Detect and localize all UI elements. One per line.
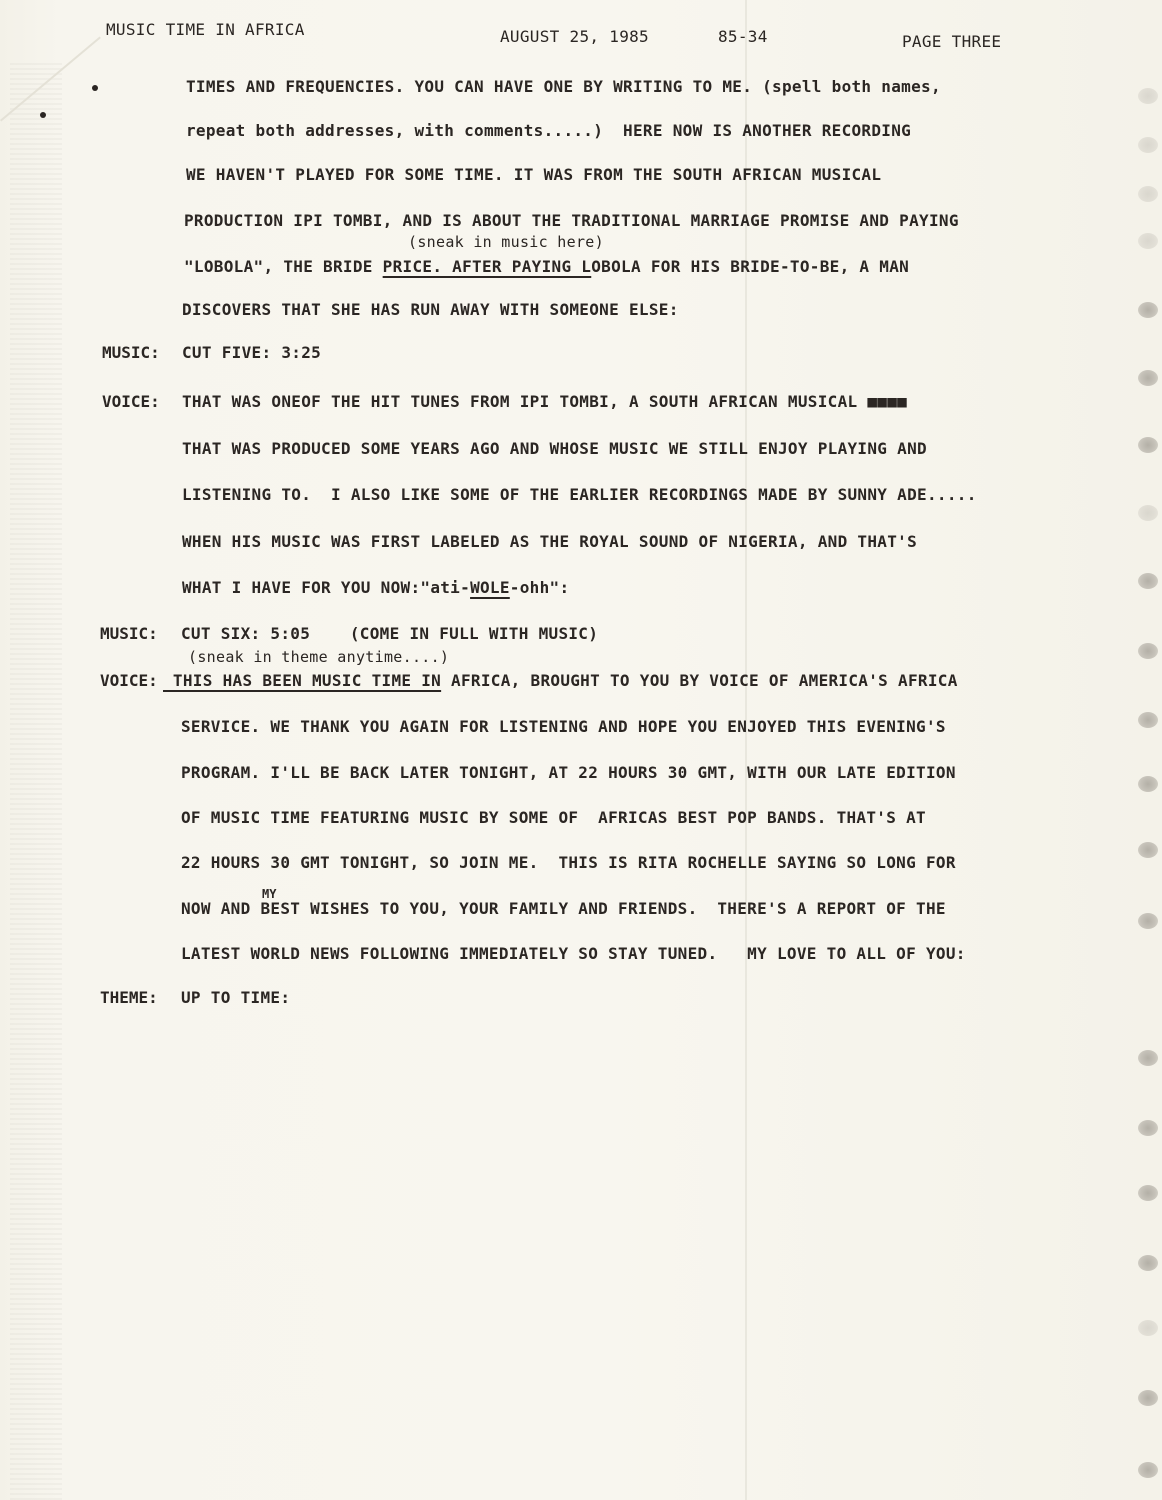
text-segment: -ohh":	[510, 578, 570, 597]
punch-hole	[1138, 1185, 1158, 1201]
body-line: WE HAVEN'T PLAYED FOR SOME TIME. IT WAS …	[186, 165, 881, 184]
voice-line: SERVICE. WE THANK YOU AGAIN FOR LISTENIN…	[181, 717, 946, 736]
voice-line: 22 HOURS 30 GMT TONIGHT, SO JOIN ME. THI…	[181, 853, 956, 872]
voice-line: WHEN HIS MUSIC WAS FIRST LABELED AS THE …	[182, 532, 917, 551]
underlined-segment: THIS HAS BEEN MUSIC TIME IN	[163, 671, 441, 690]
punch-hole	[1138, 1050, 1158, 1066]
ink-speck	[40, 112, 46, 118]
punch-hole	[1138, 1462, 1158, 1478]
voice-line: NOW AND BEST WISHES TO YOU, YOUR FAMILY …	[181, 899, 946, 918]
cue-label-voice: VOICE:	[102, 392, 160, 411]
punch-hole	[1138, 437, 1158, 453]
body-line-lobola: "LOBOLA", THE BRIDE PRICE. AFTER PAYING …	[184, 257, 909, 276]
text-segment: OBOLA FOR HIS BRIDE-TO-BE, A MAN	[591, 257, 909, 276]
header-program-title: MUSIC TIME IN AFRICA	[106, 20, 305, 39]
header-script-number: 85-34	[718, 27, 768, 46]
stage-cue: (sneak in theme anytime....)	[188, 648, 449, 666]
punch-hole	[1138, 137, 1158, 153]
body-line: PRODUCTION IPI TOMBI, AND IS ABOUT THE T…	[184, 211, 959, 230]
cue-label-music: MUSIC:	[100, 624, 158, 643]
punch-hole	[1138, 370, 1158, 386]
punch-hole	[1138, 186, 1158, 202]
punch-hole	[1138, 913, 1158, 929]
body-line: TIMES AND FREQUENCIES. YOU CAN HAVE ONE …	[186, 77, 941, 96]
punch-hole	[1138, 88, 1158, 104]
voice-line: OF MUSIC TIME FEATURING MUSIC BY SOME OF…	[181, 808, 926, 827]
body-line: DISCOVERS THAT SHE HAS RUN AWAY WITH SOM…	[182, 300, 679, 319]
punch-hole	[1138, 712, 1158, 728]
underlined-segment: PRICE. AFTER PAYING L	[383, 257, 592, 276]
voice-line-first: THIS HAS BEEN MUSIC TIME IN AFRICA, BROU…	[163, 671, 958, 690]
body-line: repeat both addresses, with comments....…	[186, 121, 911, 140]
voice-line: PROGRAM. I'LL BE BACK LATER TONIGHT, AT …	[181, 763, 956, 782]
text-segment: WHAT I HAVE FOR YOU NOW:"ati-	[182, 578, 470, 597]
voice-line: LISTENING TO. I ALSO LIKE SOME OF THE EA…	[182, 485, 977, 504]
cue-label-music: MUSIC:	[102, 343, 160, 362]
theme-cue-text: UP TO TIME:	[181, 988, 290, 1007]
ink-speck	[92, 85, 98, 91]
scan-edge-strip	[10, 60, 62, 1500]
cue-label-voice: VOICE:	[100, 671, 158, 690]
underlined-segment: WOLE	[470, 578, 510, 597]
punch-hole	[1138, 302, 1158, 318]
header-date: AUGUST 25, 1985	[500, 27, 649, 46]
punch-hole	[1138, 573, 1158, 589]
punch-hole	[1138, 1390, 1158, 1406]
text-segment: "LOBOLA", THE BRIDE	[184, 257, 383, 276]
document-page: MUSIC TIME IN AFRICA AUGUST 25, 1985 85-…	[0, 0, 1162, 1500]
punch-hole	[1138, 776, 1158, 792]
voice-line: THAT WAS ONEOF THE HIT TUNES FROM IPI TO…	[182, 392, 907, 411]
music-cue-text: CUT SIX: 5:05 (COME IN FULL WITH MUSIC)	[181, 624, 598, 643]
music-cue-text: CUT FIVE: 3:25	[182, 343, 321, 362]
punch-hole	[1138, 842, 1158, 858]
voice-line-final: WHAT I HAVE FOR YOU NOW:"ati-WOLE-ohh":	[182, 578, 569, 597]
punch-hole	[1138, 1320, 1158, 1336]
cue-label-theme: THEME:	[100, 988, 158, 1007]
header-page-number: PAGE THREE	[902, 32, 1001, 51]
voice-line: THAT WAS PRODUCED SOME YEARS AGO AND WHO…	[182, 439, 927, 458]
punch-hole	[1138, 643, 1158, 659]
stage-cue: (sneak in music here)	[408, 233, 604, 251]
voice-line: LATEST WORLD NEWS FOLLOWING IMMEDIATELY …	[181, 944, 966, 963]
punch-hole	[1138, 505, 1158, 521]
punch-hole	[1138, 1255, 1158, 1271]
punch-hole	[1138, 1120, 1158, 1136]
punch-hole	[1138, 233, 1158, 249]
text-segment: AFRICA, BROUGHT TO YOU BY VOICE OF AMERI…	[441, 671, 958, 690]
